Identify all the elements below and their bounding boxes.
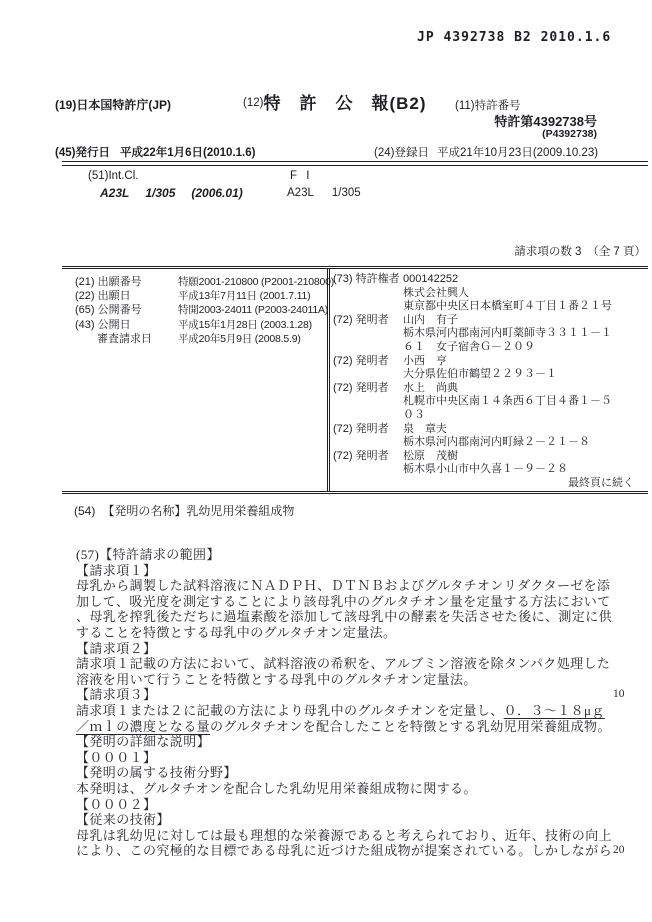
registration-date-row: (24)登録日平成21年10月23日(2009.10.23) bbox=[374, 144, 598, 160]
patent-number-paren: (P4392738) bbox=[542, 128, 597, 140]
issue-date-row: (45)発行日平成22年1月6日(2010.1.6) bbox=[55, 144, 255, 160]
biblio-row-value: 平成15年1月28日 (2003.1.28) bbox=[178, 319, 312, 331]
intcl-version: (2006.01) bbox=[191, 186, 242, 200]
biblio-row-value: ０３ bbox=[403, 409, 425, 421]
biblio-row-value: 水上 尚典 bbox=[403, 382, 458, 394]
body-text: 請求項１記載の方法において、試料溶液の希釈を、アルブミン溶液を除タンパク処理した bbox=[76, 656, 610, 671]
biblio-row-label: (72) 発明者 bbox=[333, 355, 403, 369]
fi-heading: F I bbox=[290, 170, 312, 182]
body-line: 溶液を用いて行うことを特徴とする母乳中のグルタチオン定量法。 bbox=[76, 672, 642, 688]
patent-gazette-page: JP 4392738 B2 2010.1.6 (19)日本国特許庁(JP) (1… bbox=[0, 0, 652, 922]
body-line: 【従来の技術】 bbox=[76, 812, 642, 828]
biblio-row: 栃木県河内郡南河内町薬師寺３３１１－１ bbox=[333, 327, 648, 341]
biblio-row-value: 平成20年5月9日 (2008.5.9) bbox=[178, 333, 301, 345]
body-line: 【０００１】 bbox=[76, 750, 642, 766]
biblio-row: 札幌市中央区南１４条西６丁目４番１－５ bbox=[333, 395, 648, 409]
body-text: 【０００１】 bbox=[76, 750, 156, 765]
biblio-row: ６１ 女子宿舎Ｇ－２０９ bbox=[333, 341, 648, 355]
biblio-row: (22) 出願日平成13年7月11日 (2001.7.11) bbox=[75, 289, 327, 303]
publication-type-code: (12) bbox=[243, 97, 263, 109]
fi-subclass: 1/305 bbox=[332, 187, 361, 199]
intcl-heading: (51)Int.Cl. bbox=[88, 170, 139, 182]
body-text: のグルタチオンを配合したことを特徴とする乳幼児用栄養組成物。 bbox=[210, 719, 611, 734]
biblio-row-value: 株式会社興人 bbox=[403, 287, 469, 299]
biblio-row-label: (21) 出願番号 bbox=[75, 275, 178, 289]
invention-title-text: 【発明の名称】乳幼児用栄養組成物 bbox=[102, 504, 294, 518]
biblio-row: 東京都中央区日本橋室町４丁目１番２１号 bbox=[333, 300, 648, 314]
biblio-row-label: (65) 公開番号 bbox=[75, 303, 178, 317]
body-line: 【０００２】 bbox=[76, 797, 642, 813]
body-line: することを特徴とする母乳中のグルタチオン定量法。 bbox=[76, 625, 642, 641]
invention-title-line: (54)【発明の名称】乳幼児用栄養組成物 bbox=[74, 502, 294, 519]
body-line: (57)【特許請求の範囲】 bbox=[76, 547, 642, 563]
biblio-row-value: 特願2001-210800 (P2001-210800) bbox=[178, 276, 334, 288]
biblio-row-value: 大分県佐伯市鶴望２２９３－１ bbox=[403, 368, 557, 380]
biblio-row-label: (43) 公開日 bbox=[75, 318, 178, 332]
body-text: 【０００２】 bbox=[76, 797, 156, 812]
biblio-row-value: 泉 章夫 bbox=[403, 423, 447, 435]
registration-date-value: 平成21年10月23日(2009.10.23) bbox=[437, 147, 598, 159]
body-line: 【請求項２】 bbox=[76, 641, 642, 657]
biblio-row-label: 審査請求日 bbox=[75, 332, 178, 346]
body-text: 【従来の技術】 bbox=[76, 812, 170, 827]
biblio-row-value: 特開2003-24011 (P2003-24011A) bbox=[178, 304, 328, 316]
biblio-row: (72) 発明者水上 尚典 bbox=[333, 382, 648, 396]
issue-date-label: (45)発行日 bbox=[55, 147, 110, 159]
body-line: 母乳は乳幼児に対しては最も理想的な栄養源であると考えられており、近年、技術の向上 bbox=[76, 828, 642, 844]
biblio-row-value: 松原 茂樹 bbox=[403, 450, 458, 462]
biblio-row: (72) 発明者松原 茂樹 bbox=[333, 450, 648, 464]
body-line: 【請求項１】 bbox=[76, 563, 642, 579]
margin-line-number: 10 bbox=[613, 687, 625, 703]
body-text: することを特徴とする母乳中のグルタチオン定量法。 bbox=[76, 625, 396, 640]
document-body: (57)【特許請求の範囲】【請求項１】母乳から調製した試料溶液にＮＡＤＰＨ、ＤＴ… bbox=[76, 547, 642, 859]
document-reference: JP 4392738 B2 2010.1.6 bbox=[417, 30, 611, 45]
biblio-row-label: (73) 特許権者 bbox=[333, 273, 403, 287]
underlined-text: ／ｍｌの濃度となる量 bbox=[76, 719, 210, 734]
body-line: 【発明の属する技術分野】 bbox=[76, 765, 642, 781]
invention-title-code: (54) bbox=[74, 504, 95, 518]
biblio-row-value: 東京都中央区日本橋室町４丁目１番２１号 bbox=[403, 300, 612, 312]
biblio-row: (65) 公開番号特開2003-24011 (P2003-24011A) bbox=[75, 303, 327, 317]
bibliography-table: (21) 出願番号特願2001-210800 (P2001-210800)(22… bbox=[62, 266, 648, 494]
biblio-row: 栃木県河内郡南河内町緑２－２１－８ bbox=[333, 436, 648, 450]
biblio-row: (72) 発明者山内 有子 bbox=[333, 314, 648, 328]
biblio-row: 栃木県小山市中久喜１－９－２８ bbox=[333, 463, 648, 477]
biblio-row: ０３ bbox=[333, 409, 648, 423]
registration-date-label: (24)登録日 bbox=[374, 147, 429, 159]
margin-line-number: 20 bbox=[613, 843, 625, 859]
body-text: 【請求項３】 bbox=[76, 687, 156, 702]
biblio-row-label: (22) 出願日 bbox=[75, 289, 178, 303]
biblio-row-value: 山内 有子 bbox=[403, 314, 458, 326]
biblio-row-value: 栃木県河内郡南河内町薬師寺３３１１－１ bbox=[403, 327, 612, 339]
body-line: ／ｍｌの濃度となる量のグルタチオンを配合したことを特徴とする乳幼児用栄養組成物。 bbox=[76, 719, 642, 735]
body-text: 母乳から調製した試料溶液にＮＡＤＰＨ、ＤＴＮＢおよびグルタチオンリダクターゼを添 bbox=[76, 578, 610, 593]
body-line: 請求項１記載の方法において、試料溶液の希釈を、アルブミン溶液を除タンパク処理した bbox=[76, 656, 642, 672]
body-line: 【請求項３】10 bbox=[76, 687, 642, 703]
body-text: 溶液を用いて行うことを特徴とする母乳中のグルタチオン定量法。 bbox=[76, 672, 477, 687]
biblio-row-label: (72) 発明者 bbox=[333, 314, 403, 328]
body-line: 【発明の詳細な説明】 bbox=[76, 734, 642, 750]
biblio-row: 最終頁に続く bbox=[333, 477, 648, 491]
publication-type: (12)特 許 公 報(B2) bbox=[243, 89, 427, 114]
body-text: 母乳は乳幼児に対しては最も理想的な栄養源であると考えられており、近年、技術の向上 bbox=[76, 828, 612, 843]
patent-office-label: (19)日本国特許庁(JP) bbox=[55, 96, 171, 113]
body-line: により、この究極的な目標である母乳に近づけた組成物が提案されている。しかしながら… bbox=[76, 843, 642, 859]
intcl-entry: A23L1/305(2006.01) bbox=[100, 186, 243, 200]
biblio-row: 株式会社興人 bbox=[333, 287, 648, 301]
biblio-row: (21) 出願番号特願2001-210800 (P2001-210800) bbox=[75, 275, 327, 289]
publication-type-title: 特 許 公 報(B2) bbox=[263, 94, 426, 113]
body-text: 【請求項２】 bbox=[76, 641, 156, 656]
biblio-row-value: ６１ 女子宿舎Ｇ－２０９ bbox=[403, 341, 535, 353]
fi-entry: A23L1/305 bbox=[287, 187, 361, 199]
body-text: 【発明の詳細な説明】 bbox=[76, 734, 210, 749]
biblio-row-value: 栃木県小山市中久喜１－９－２８ bbox=[403, 463, 568, 475]
issue-date-value: 平成22年1月6日(2010.1.6) bbox=[120, 147, 256, 159]
body-line: 母乳から調製した試料溶液にＮＡＤＰＨ、ＤＴＮＢおよびグルタチオンリダクターゼを添 bbox=[76, 578, 642, 594]
biblio-row: (72) 発明者小西 亨 bbox=[333, 355, 648, 369]
biblio-left-column: (21) 出願番号特願2001-210800 (P2001-210800)(22… bbox=[62, 269, 327, 491]
body-text: 請求項１または２に記載の方法により母乳中のグルタチオンを定量し、 bbox=[76, 703, 504, 718]
body-text: (57)【特許請求の範囲】 bbox=[76, 547, 220, 562]
body-text: 【請求項１】 bbox=[76, 563, 156, 578]
claims-count-note: 請求項の数 3 （全 7 頁） bbox=[514, 243, 646, 259]
biblio-right-column: (73) 特許権者000142252株式会社興人東京都中央区日本橋室町４丁目１番… bbox=[327, 269, 648, 491]
biblio-row: 大分県佐伯市鶴望２２９３－１ bbox=[333, 368, 648, 382]
body-text: 加して、吸光度を測定することにより該母乳中のグルタチオン量を定量する方法において bbox=[76, 594, 611, 609]
body-line: 請求項１または２に記載の方法により母乳中のグルタチオンを定量し、０．３～１８μｇ bbox=[76, 703, 642, 719]
biblio-row-value: 小西 亨 bbox=[403, 355, 447, 367]
body-text: 【発明の属する技術分野】 bbox=[76, 765, 237, 780]
biblio-row: (43) 公開日平成15年1月28日 (2003.1.28) bbox=[75, 318, 327, 332]
intcl-class: A23L bbox=[100, 186, 129, 200]
biblio-row: (73) 特許権者000142252 bbox=[333, 273, 648, 287]
body-line: 本発明は、グルタチオンを配合した乳幼児用栄養組成物に関する。 bbox=[76, 781, 642, 797]
biblio-row-label: (72) 発明者 bbox=[333, 382, 403, 396]
underlined-text: ０．３～１８μｇ bbox=[504, 703, 605, 718]
biblio-row-value: 札幌市中央区南１４条西６丁目４番１－５ bbox=[403, 395, 612, 407]
fi-class: A23L bbox=[287, 187, 314, 199]
body-line: 加して、吸光度を測定することにより該母乳中のグルタチオン量を定量する方法において bbox=[76, 594, 642, 610]
header-divider-rule bbox=[62, 161, 648, 166]
body-line: 、母乳を搾乳後ただちに過塩素酸を添加して該母乳中の酵素を失活させた後に、測定に供 bbox=[76, 609, 642, 625]
biblio-row-value: 栃木県河内郡南河内町緑２－２１－８ bbox=[403, 436, 590, 448]
intcl-subclass: 1/305 bbox=[145, 186, 175, 200]
biblio-row: 審査請求日平成20年5月9日 (2008.5.9) bbox=[75, 332, 327, 346]
biblio-row-label: (72) 発明者 bbox=[333, 450, 403, 464]
biblio-row-value: 平成13年7月11日 (2001.7.11) bbox=[178, 290, 310, 302]
body-text: 、母乳を搾乳後ただちに過塩素酸を添加して該母乳中の酵素を失活させた後に、測定に供 bbox=[76, 609, 612, 624]
body-text: 本発明は、グルタチオンを配合した乳幼児用栄養組成物に関する。 bbox=[76, 781, 477, 796]
biblio-row-label: (72) 発明者 bbox=[333, 423, 403, 437]
biblio-row-value: 最終頁に続く bbox=[568, 477, 634, 489]
biblio-row: (72) 発明者泉 章夫 bbox=[333, 423, 648, 437]
body-text: により、この究極的な目標である母乳に近づけた組成物が提案されている。しかしながら bbox=[76, 843, 612, 858]
biblio-row-value: 000142252 bbox=[403, 273, 458, 285]
